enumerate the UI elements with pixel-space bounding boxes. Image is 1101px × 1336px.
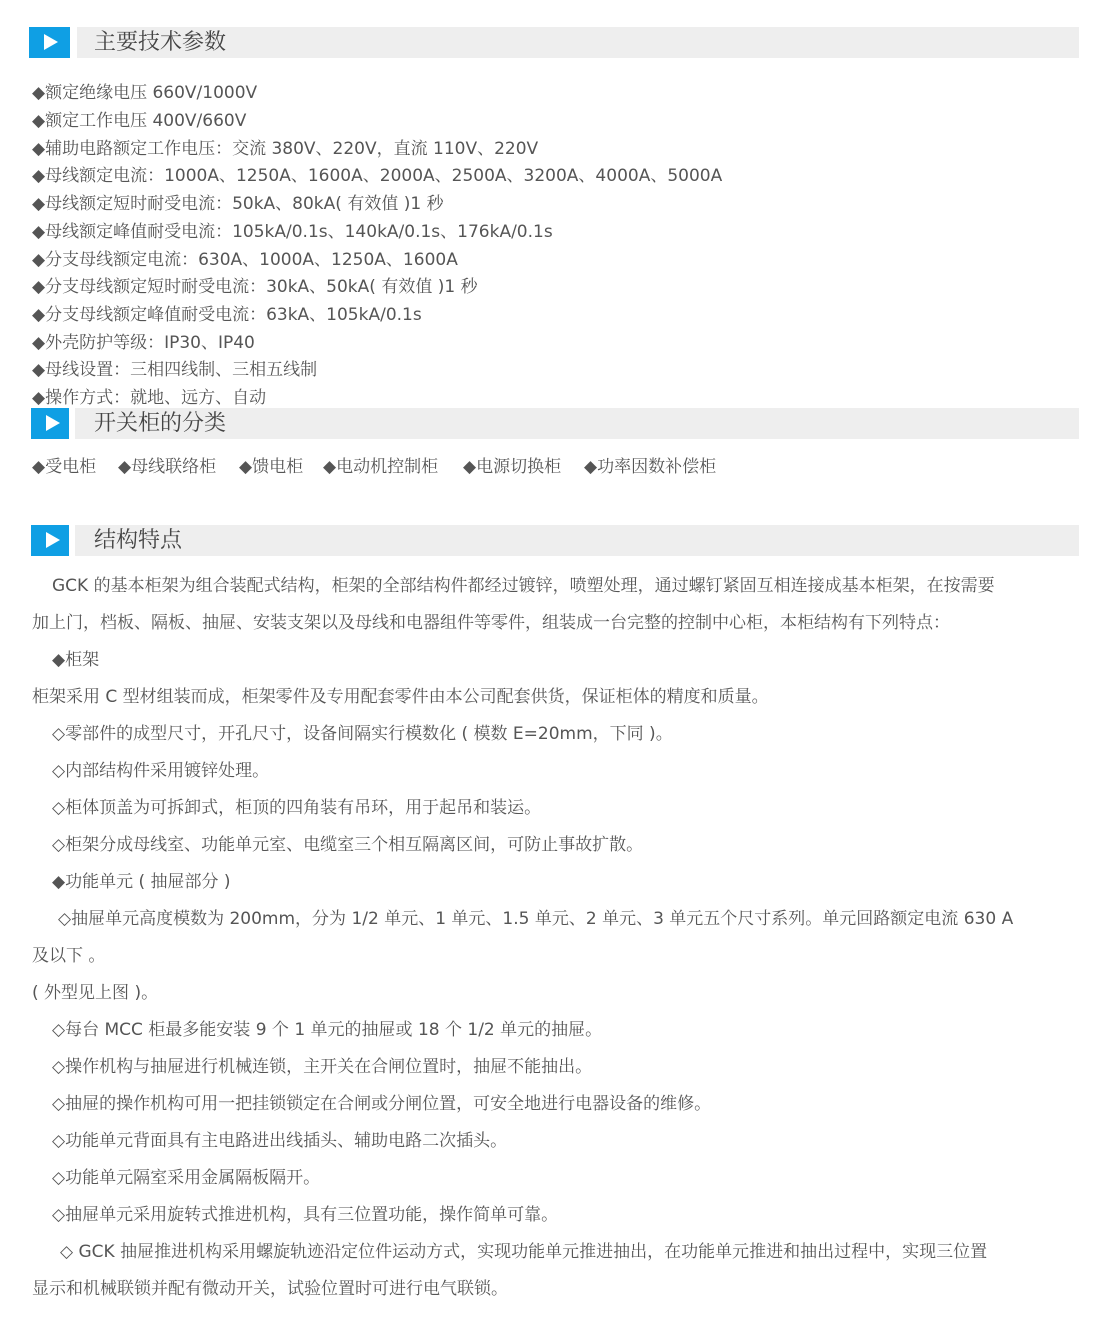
subheading-functional-unit: ◆功能单元 ( 抽屉部分 ) [52,871,231,893]
section-title: 开关柜的分类 [94,408,226,439]
section-header-bar: 开关柜的分类 [75,408,1079,439]
cabinet-type-item: ◆母线联络柜 [118,456,216,478]
feature-item: ◇内部结构件采用镀锌处理。 [52,760,269,782]
spec-item: ◆母线设置：三相四线制、三相五线制 [32,359,317,381]
paragraph-line: 柜架采用 C 型材组装而成，柜架零件及专用配套零件由本公司配套供货，保证柜体的精… [32,686,769,708]
section-header-bar: 主要技术参数 [77,27,1079,58]
paragraph-line: ( 外型见上图 )。 [32,982,158,1004]
spec-item: ◆额定工作电压 400V/660V [32,110,246,132]
spec-item: ◆分支母线额定峰值耐受电流：63kA、105kA/0.1s [32,304,422,326]
feature-item: ◇ GCK 抽屉推进机构采用螺旋轨迹沿定位件运动方式，实现功能单元推进抽出，在功… [60,1241,987,1263]
spec-item: ◆额定绝缘电压 660V/1000V [32,82,257,104]
feature-item: ◇抽屉单元高度模数为 200mm，分为 1/2 单元、1 单元、1.5 单元、2… [58,908,1013,930]
feature-item: ◇每台 MCC 柜最多能安装 9 个 1 单元的抽屉或 18 个 1/2 单元的… [52,1019,602,1041]
section-header-bar: 结构特点 [75,525,1079,556]
feature-item: ◇抽屉单元采用旋转式推进机构，具有三位置功能，操作简单可靠。 [52,1204,558,1226]
spec-item: ◆母线额定峰值耐受电流：105kA/0.1s、140kA/0.1s、176kA/… [32,221,553,243]
spec-item: ◆母线额定短时耐受电流：50kA、80kA( 有效值 )1 秒 [32,193,444,215]
section-title: 结构特点 [94,525,182,556]
cabinet-type-item: ◆馈电柜 [239,456,303,478]
cabinet-type-item: ◆电动机控制柜 [323,456,438,478]
section-header-structure: 结构特点 [31,525,1079,556]
subheading-frame: ◆柜架 [52,649,99,671]
spec-item: ◆母线额定电流：1000A、1250A、1600A、2000A、2500A、32… [32,165,722,187]
section-title: 主要技术参数 [94,27,226,58]
paragraph-line: 加上门，档板、隔板、抽屉、安装支架以及母线和电器组件等零件，组装成一台完整的控制… [32,612,950,634]
spec-item: ◆分支母线额定短时耐受电流：30kA、50kA( 有效值 )1 秒 [32,276,478,298]
play-arrow-icon [31,408,69,439]
paragraph-line: GCK 的基本柜架为组合装配式结构，柜架的全部结构件都经过镀锌，喷塑处理，通过螺… [52,575,995,597]
section-header-cabinet-types: 开关柜的分类 [31,408,1079,439]
feature-item: ◇零部件的成型尺寸，开孔尺寸，设备间隔实行模数化 ( 模数 E=20mm，下同 … [52,723,673,745]
paragraph-line: 显示和机械联锁并配有微动开关，试验位置时可进行电气联锁。 [32,1278,508,1300]
feature-item: ◇功能单元隔室采用金属隔板隔开。 [52,1167,320,1189]
feature-item: ◇操作机构与抽屉进行机械连锁，主开关在合闸位置时，抽屉不能抽出。 [52,1056,592,1078]
spec-item: ◆操作方式：就地、远方、自动 [32,387,266,409]
play-arrow-icon [29,27,70,58]
spec-item: ◆分支母线额定电流：630A、1000A、1250A、1600A [32,249,458,271]
feature-item: ◇抽屉的操作机构可用一把挂锁锁定在合闸或分闸位置，可安全地进行电器设备的维修。 [52,1093,711,1115]
feature-item: ◇功能单元背面具有主电路进出线插头、辅助电路二次插头。 [52,1130,507,1152]
cabinet-type-item: ◆受电柜 [32,456,96,478]
feature-item: ◇柜体顶盖为可拆卸式，柜顶的四角装有吊环，用于起吊和装运。 [52,797,541,819]
feature-item: ◇柜架分成母线室、功能单元室、电缆室三个相互隔离区间，可防止事故扩散。 [52,834,643,856]
spec-item: ◆辅助电路额定工作电压：交流 380V、220V，直流 110V、220V [32,138,538,160]
spec-item: ◆外壳防护等级：IP30、IP40 [32,332,255,354]
cabinet-type-item: ◆功率因数补偿柜 [584,456,716,478]
section-header-tech-params: 主要技术参数 [29,27,1079,58]
play-arrow-icon [31,525,69,556]
cabinet-type-item: ◆电源切换柜 [463,456,561,478]
paragraph-line: 及以下 。 [32,945,105,967]
